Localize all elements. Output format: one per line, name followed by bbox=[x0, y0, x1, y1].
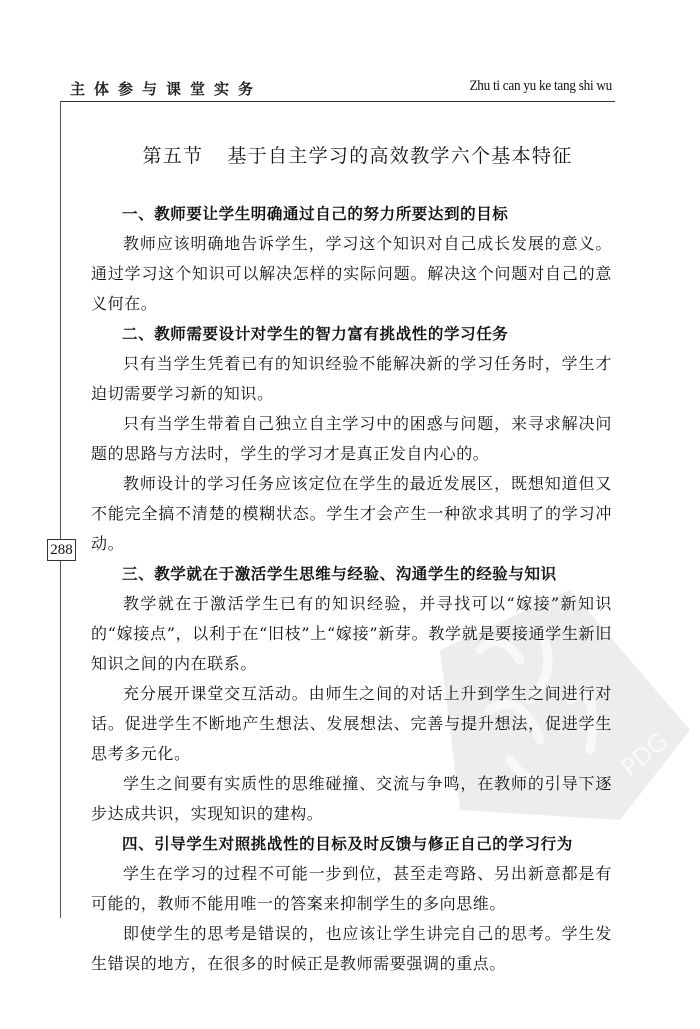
running-header-title: 主体参与课堂实务 bbox=[70, 78, 262, 99]
subheading-3: 三、教学就在于激活学生思维与经验、沟通学生的经验与知识 bbox=[91, 559, 612, 589]
section-title: 第五节基于自主学习的高效教学六个基本特征 bbox=[103, 140, 612, 172]
paragraph: 学生在学习的过程不可能一步到位，甚至走弯路、另出新意都是有可能的，教师不能用唯一… bbox=[91, 859, 612, 919]
paragraph: 教学就在于激活学生已有的知识经验，并寻找可以“嫁接”新知识的“嫁接点”，以利于在… bbox=[91, 589, 612, 679]
subheading-2: 二、教师需要设计对学生的智力富有挑战性的学习任务 bbox=[91, 319, 612, 349]
paragraph: 只有当学生带着自己独立自主学习中的困惑与问题，来寻求解决问题的思路与方法时，学生… bbox=[91, 409, 612, 469]
subheading-4: 四、引导学生对照挑战性的目标及时反馈与修正自己的学习行为 bbox=[91, 829, 612, 859]
subheading-1: 一、教师要让学生明确通过自己的努力所要达到的目标 bbox=[91, 199, 612, 229]
paragraph: 即使学生的思考是错误的，也应该让学生讲完自己的思考。学生发生错误的地方，在很多的… bbox=[91, 919, 612, 979]
left-margin-rule bbox=[60, 101, 61, 918]
section-number: 第五节 bbox=[142, 145, 203, 167]
paragraph: 只有当学生凭着已有的知识经验不能解决新的学习任务时，学生才迫切需要学习新的知识。 bbox=[91, 349, 612, 409]
paragraph: 充分展开课堂交互活动。由师生之间的对话上升到学生之间进行对话。促进学生不断地产生… bbox=[91, 679, 612, 769]
paragraph: 教师设计的学习任务应该定位在学生的最近发展区，既想知道但又不能完全搞不清楚的模糊… bbox=[91, 469, 612, 559]
section-title-text: 基于自主学习的高效教学六个基本特征 bbox=[227, 145, 572, 167]
svg-text:PDG: PDG bbox=[616, 727, 673, 782]
running-header-pinyin: Zhu ti can yu ke tang shi wu bbox=[469, 78, 612, 95]
paragraph: 学生之间要有实质性的思维碰撞、交流与争鸣，在教师的引导下逐步达成共识，实现知识的… bbox=[91, 769, 612, 829]
page-content: 第五节基于自主学习的高效教学六个基本特征 一、教师要让学生明确通过自己的努力所要… bbox=[91, 140, 612, 979]
header-rule bbox=[60, 101, 615, 102]
paragraph: 教师应该明确地告诉学生，学习这个知识对自己成长发展的意义。通过学习这个知识可以解… bbox=[91, 229, 612, 319]
page-number: 288 bbox=[47, 539, 76, 561]
